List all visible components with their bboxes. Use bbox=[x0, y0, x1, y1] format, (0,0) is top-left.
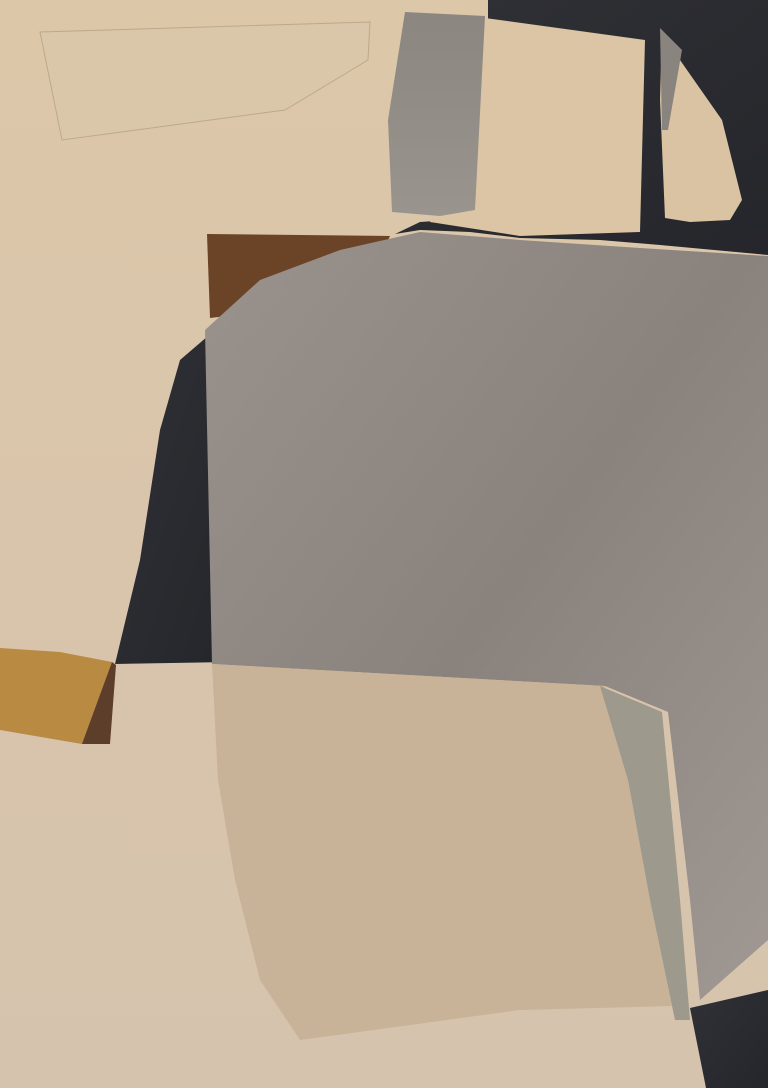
taupe-panel bbox=[212, 664, 672, 1040]
rug-image bbox=[0, 0, 768, 1088]
smoky-rectangle bbox=[388, 12, 485, 216]
